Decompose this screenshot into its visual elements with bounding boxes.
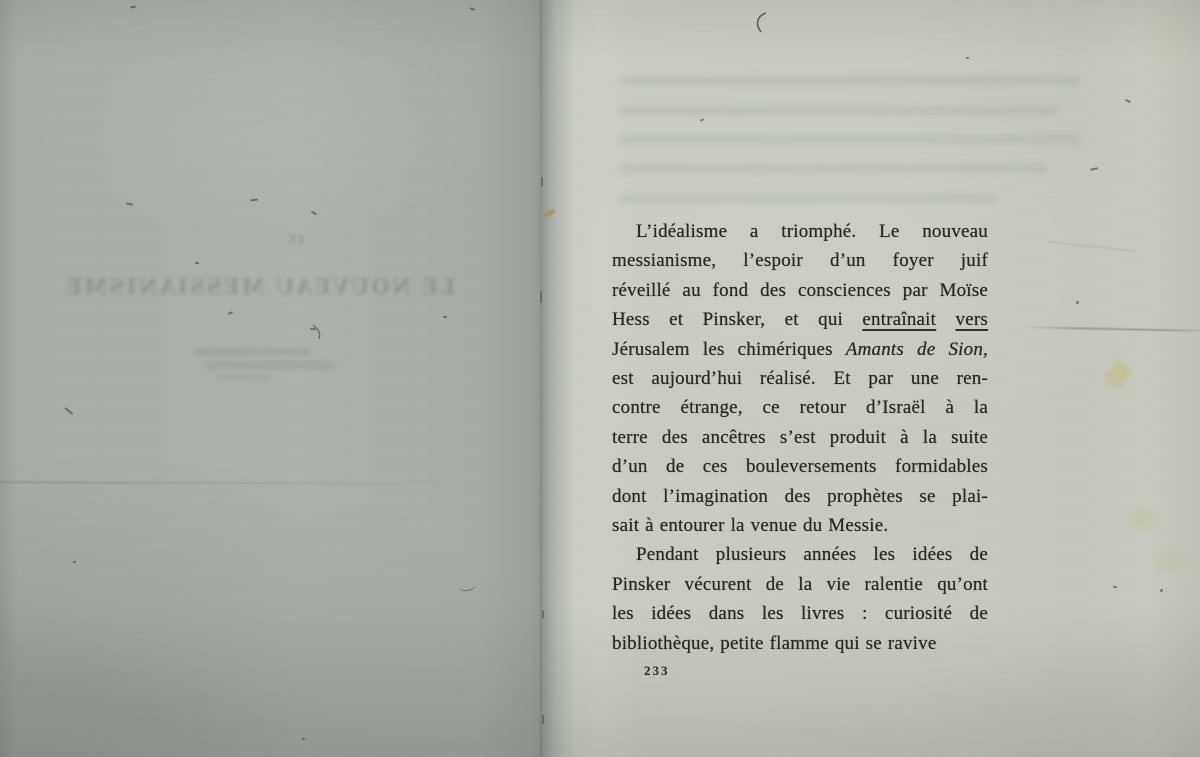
gutter-fold-tick <box>541 177 543 186</box>
text-segment: terre des ancêtres s’est produit à la su… <box>612 427 988 448</box>
gutter-fold-tick <box>540 291 542 303</box>
text-line: Hess et Pinsker, et qui entraînait vers <box>612 305 988 334</box>
text-line: réveillé au fond des consciences par Moï… <box>612 276 988 305</box>
text-segment: dont l’imagination des prophètes se plai… <box>612 486 988 507</box>
showthrough-text-band <box>618 106 1058 115</box>
showthrough-chapter-title: LE NOUVEAU MESSIANISME <box>105 274 455 299</box>
gutter-fold-line <box>540 0 542 757</box>
text-segment <box>936 309 955 330</box>
text-line: contre étrange, ce retour d’Israël à la <box>612 393 988 422</box>
text-line: est aujourd’hui réalisé. Et par une ren- <box>612 364 988 393</box>
gutter-fold-tick <box>542 610 544 618</box>
fiber-speck <box>443 316 447 319</box>
text-line: d’un de ces bouleversements formidables <box>612 452 988 481</box>
underline-text: vers <box>956 309 988 330</box>
showthrough-text-band <box>618 194 998 203</box>
text-line: Jérusalem les chimériques Amants de Sion… <box>612 335 988 364</box>
text-segment: d’un de ces bouleversements formidables <box>612 456 988 477</box>
paper-stain <box>1128 508 1158 530</box>
text-line: Pinsker vécurent de la vie ralentie qu’o… <box>612 570 988 599</box>
book-photo: IX LE NOUVEAU MESSIANISME L’idéalisme a … <box>0 0 1200 757</box>
text-block: L’idéalisme a triomphé. Le nouveaumessia… <box>612 217 988 658</box>
text-segment: Jérusalem les chimériques <box>612 339 846 360</box>
text-line: L’idéalisme a triomphé. Le nouveau <box>612 217 988 246</box>
text-segment: Hess et Pinsker, et qui <box>612 309 862 330</box>
text-segment: messianisme, l’espoir d’un foyer juif <box>612 250 988 271</box>
text-segment: sait à entourer la venue du Messie. <box>612 515 888 536</box>
hair-mark <box>310 323 326 341</box>
fiber-speck <box>966 57 969 59</box>
text-line: dont l’imagination des prophètes se plai… <box>612 482 988 511</box>
text-segment: réveillé au fond des consciences par Moï… <box>612 280 988 301</box>
text-segment: bibliothèque, petite flamme qui se raviv… <box>612 633 937 654</box>
showthrough-chapter-number: IX <box>246 233 346 248</box>
text-segment: Pinsker vécurent de la vie ralentie qu’o… <box>612 574 988 595</box>
text-line: bibliothèque, petite flamme qui se raviv… <box>612 629 988 658</box>
showthrough-text-band <box>618 76 1080 85</box>
text-segment: contre étrange, ce retour d’Israël à la <box>612 397 988 418</box>
showthrough-text-band <box>618 164 1048 173</box>
paper-stain <box>1150 8 1190 68</box>
text-segment: L’idéalisme a triomphé. Le nouveau <box>636 221 988 242</box>
underline-text: entraînait <box>862 309 936 330</box>
text-line: Pendant plusieurs années les idées de <box>612 540 988 569</box>
page-number: 233 <box>644 663 670 679</box>
fiber-speck <box>195 262 199 264</box>
italic-text: Amants de Sion, <box>846 339 988 360</box>
showthrough-subtitle-line <box>215 375 270 380</box>
fiber-speck <box>1160 589 1163 592</box>
text-segment: est aujourd’hui réalisé. Et par une ren- <box>612 368 988 389</box>
hair-mark <box>748 10 774 36</box>
text-segment: les idées dans les livres : curiosité de <box>612 603 988 624</box>
text-line: messianisme, l’espoir d’un foyer juif <box>612 246 988 275</box>
text-line: terre des ancêtres s’est produit à la su… <box>612 423 988 452</box>
fiber-speck <box>302 738 305 740</box>
showthrough-text-band <box>618 135 1080 144</box>
text-line: sait à entourer la venue du Messie. <box>612 511 988 540</box>
fiber-speck <box>1076 301 1079 304</box>
fiber-speck <box>73 561 76 563</box>
text-segment: Pendant plusieurs années les idées de <box>636 544 988 565</box>
showthrough-subtitle-line <box>195 349 310 355</box>
showthrough-subtitle-line <box>205 362 335 369</box>
text-line: les idées dans les livres : curiosité de <box>612 599 988 628</box>
gutter-fold-tick <box>542 715 544 724</box>
paper-stain <box>1155 548 1189 574</box>
